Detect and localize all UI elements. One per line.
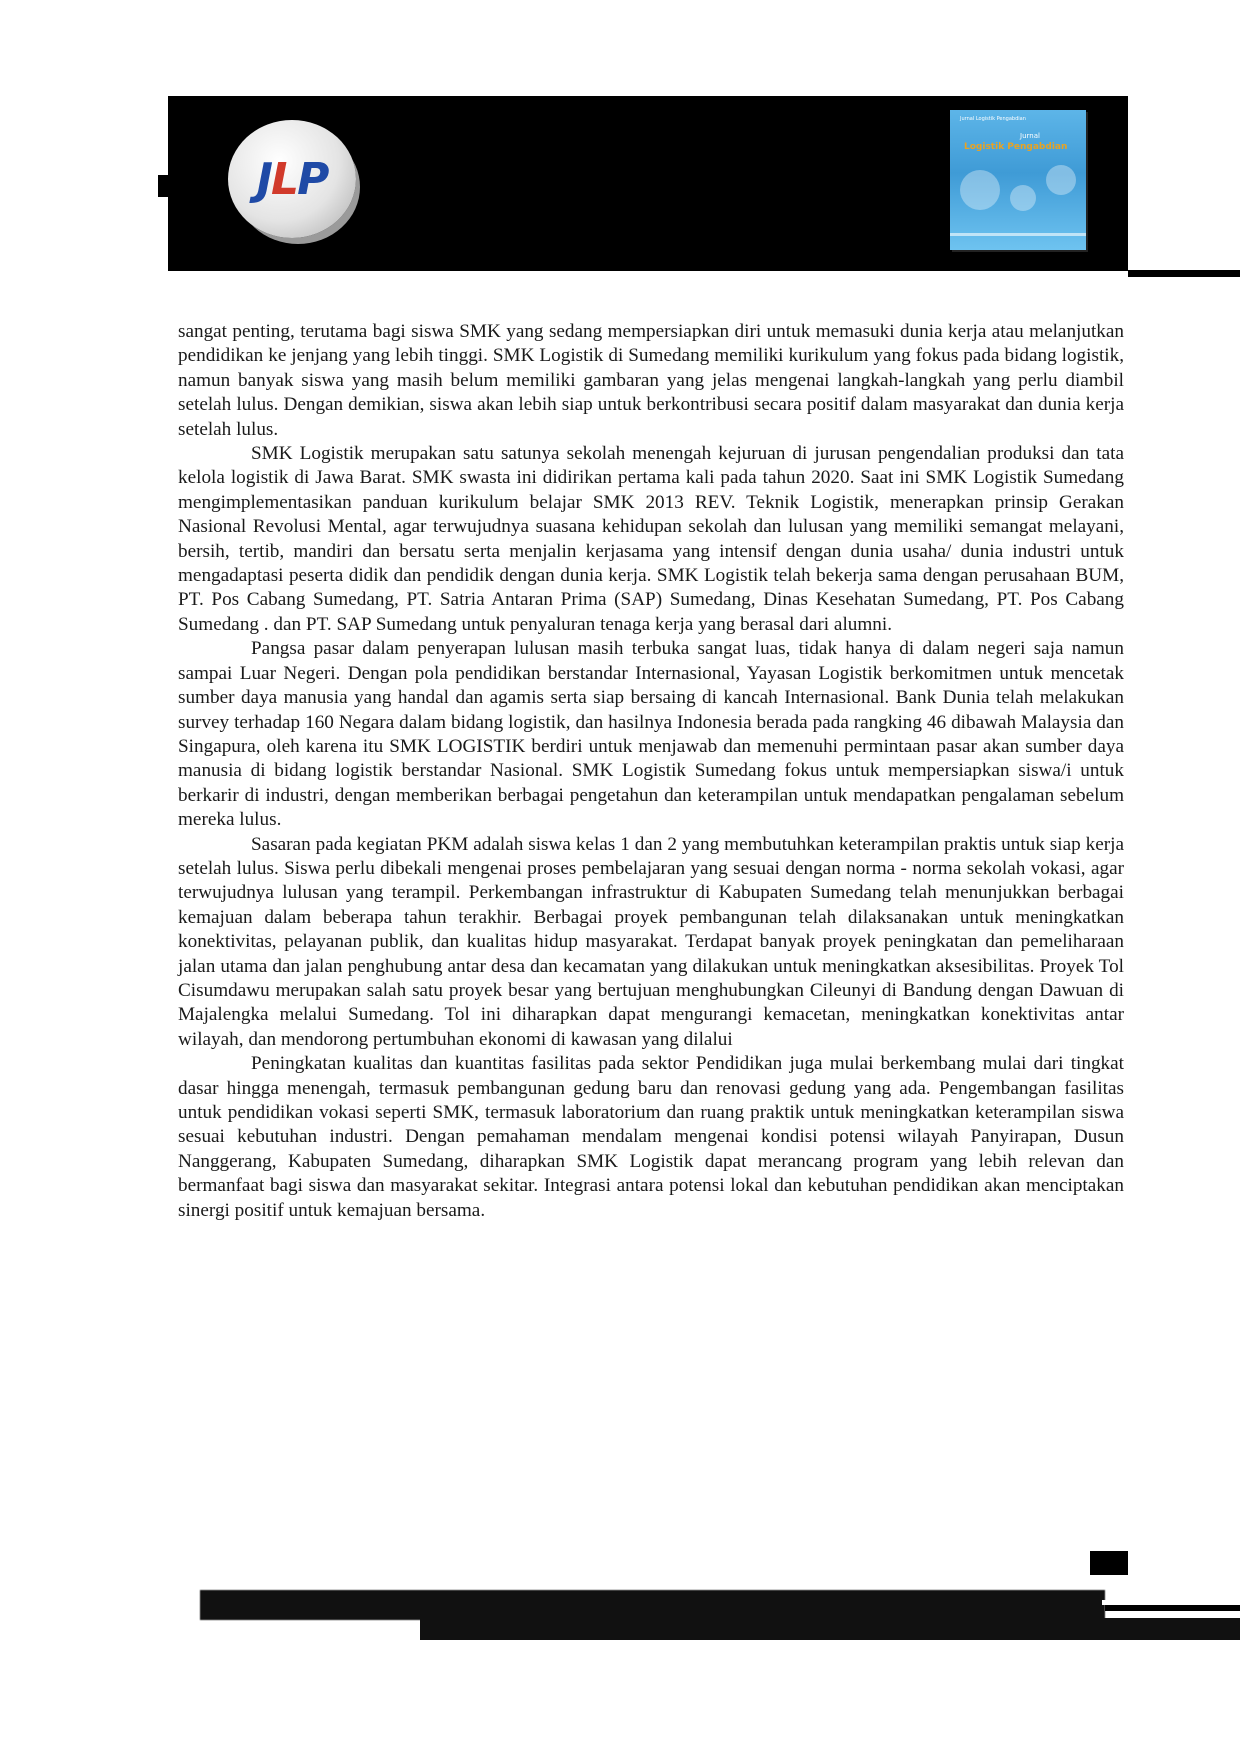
footer-citation-bar-2 — [420, 1618, 1240, 1640]
cover-stripe — [950, 233, 1086, 236]
page-number-box — [1090, 1551, 1128, 1575]
cover-decoration — [960, 170, 1000, 210]
logo-letter-l: L — [271, 154, 297, 205]
cover-label: Jurnal — [1020, 132, 1040, 140]
journal-cover-thumbnail: Jurnal Logistik Pengabdian Jurnal Logist… — [950, 110, 1086, 250]
cover-top-text: Jurnal Logistik Pengabdian — [960, 116, 1026, 122]
footer-citation-bar — [200, 1590, 1105, 1620]
cover-decoration — [1010, 185, 1036, 211]
logo-letter-j: J — [257, 154, 271, 205]
paragraph: Sasaran pada kegiatan PKM adalah siswa k… — [178, 833, 1124, 1053]
paragraph: Pangsa pasar dalam penyerapan lulusan ma… — [178, 637, 1124, 832]
cover-decoration — [1046, 165, 1076, 195]
paragraph: Peningkatan kualitas dan kuantitas fasil… — [178, 1052, 1124, 1223]
header-rule — [1128, 270, 1240, 277]
paragraph: sangat penting, terutama bagi siswa SMK … — [178, 320, 1124, 442]
logo-letter-p: P — [297, 154, 327, 205]
cover-title: Logistik Pengabdian — [964, 142, 1067, 152]
journal-logo-text: JLP — [257, 154, 328, 205]
footer-rule — [1105, 1605, 1240, 1611]
journal-logo: JLP — [228, 120, 356, 238]
article-body: sangat penting, terutama bagi siswa SMK … — [178, 320, 1124, 1223]
paragraph: SMK Logistik merupakan satu satunya seko… — [178, 442, 1124, 637]
